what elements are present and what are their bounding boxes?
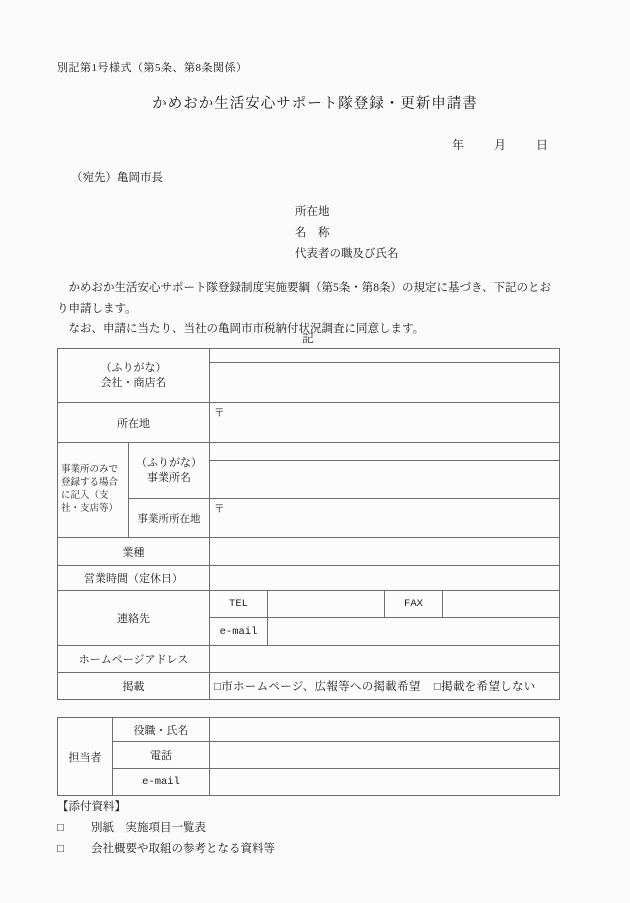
applicant-representative-label[interactable]: 代表者の職及び氏名 [295, 244, 399, 265]
email-label: e-mail [210, 618, 268, 646]
applicant-block: 所在地 名 称 代表者の職及び氏名 [295, 202, 399, 265]
website-label: ホームページアドレス [58, 646, 210, 673]
company-name-label-cell: （ふりがな） 会社・商店名 [58, 349, 210, 403]
checkbox-icon[interactable]: □ [57, 839, 91, 860]
hours-input[interactable] [210, 566, 560, 591]
company-furigana-label: （ふりがな） [101, 362, 167, 374]
date-fill-line[interactable]: 年 月 日 [380, 136, 550, 153]
attachments-section: 【添付資料】 □ 別紙 実施項目一覧表 □ 会社概要や取組の参考となる資料等 [57, 797, 275, 860]
addressee-line: （宛先）亀岡市長 [71, 169, 163, 185]
office-name-input[interactable] [210, 461, 560, 499]
address-label: 所在地 [58, 403, 210, 443]
page-title: かめおか生活安心サポート隊登録・更新申請書 [0, 92, 630, 113]
publication-label: 掲載 [58, 673, 210, 700]
contact-label: 連絡先 [58, 591, 210, 646]
applicant-address-label[interactable]: 所在地 [295, 202, 399, 223]
office-address-label: 事業所所在地 [129, 499, 210, 538]
publication-options-cell: □市ホームページ、広報等への掲載希望 □掲載を希望しない [210, 673, 560, 700]
tel-label: TEL [210, 591, 268, 618]
office-furigana-label: （ふりがな） [136, 457, 202, 469]
checkbox-icon[interactable]: □ [57, 818, 91, 839]
person-email-label: e-mail [113, 769, 210, 796]
office-address-input[interactable]: 〒 [210, 499, 560, 538]
ki-heading: 記 [57, 330, 559, 346]
industry-input[interactable] [210, 538, 560, 566]
attachment-item-2: □ 会社概要や取組の参考となる資料等 [57, 839, 275, 860]
body-paragraph-1: かめおか生活安心サポート隊登録制度実施要綱（第5条・第8条）の規定に基づき、下記… [57, 278, 562, 319]
publication-option-wish-label: 市ホームページ、広報等への掲載希望 [221, 681, 420, 693]
main-registration-table: （ふりがな） 会社・商店名 所在地 〒 事業所のみで登録する場合に記入（支社・支… [57, 348, 560, 700]
attachment-item-1: □ 別紙 実施項目一覧表 [57, 818, 275, 839]
person-phone-input[interactable] [210, 742, 560, 769]
website-input[interactable] [210, 646, 560, 673]
contact-person-table: 担当者 役職・氏名 電話 e-mail [57, 717, 560, 796]
attachments-heading: 【添付資料】 [57, 797, 275, 818]
company-name-input[interactable] [210, 363, 560, 403]
form-number-line: 別記第1号様式（第5条、第8条関係） [57, 59, 248, 75]
person-title-name-label: 役職・氏名 [113, 718, 210, 742]
office-name-label: 事業所名 [147, 472, 191, 484]
office-name-label-cell: （ふりがな） 事業所名 [129, 443, 210, 499]
hours-label: 営業時間（定休日） [58, 566, 210, 591]
person-phone-label: 電話 [113, 742, 210, 769]
fax-label: FAX [385, 591, 443, 618]
publication-option-decline[interactable]: □掲載を希望しない [434, 681, 536, 693]
office-furigana-input[interactable] [210, 443, 560, 461]
tel-input[interactable] [268, 591, 385, 618]
applicant-name-label[interactable]: 名 称 [295, 223, 399, 244]
publication-option-decline-label: 掲載を希望しない [441, 681, 535, 693]
person-label: 担当者 [58, 718, 113, 796]
attachment-item-1-label: 別紙 実施項目一覧表 [91, 818, 206, 839]
person-title-name-input[interactable] [210, 718, 560, 742]
office-note: 事業所のみで登録する場合に記入（支社・支店等） [58, 443, 129, 538]
company-name-label: 会社・商店名 [101, 377, 167, 389]
attachment-item-2-label: 会社概要や取組の参考となる資料等 [91, 839, 275, 860]
fax-input[interactable] [443, 591, 560, 618]
postal-mark: 〒 [214, 408, 225, 419]
person-email-input[interactable] [210, 769, 560, 796]
publication-option-wish[interactable]: □市ホームページ、広報等への掲載希望 [214, 681, 421, 693]
company-furigana-input[interactable] [210, 349, 560, 363]
address-input[interactable]: 〒 [210, 403, 560, 443]
office-postal-mark: 〒 [214, 504, 225, 515]
industry-label: 業種 [58, 538, 210, 566]
form-page: 別記第1号様式（第5条、第8条関係） かめおか生活安心サポート隊登録・更新申請書… [0, 0, 630, 903]
email-input[interactable] [268, 618, 560, 646]
